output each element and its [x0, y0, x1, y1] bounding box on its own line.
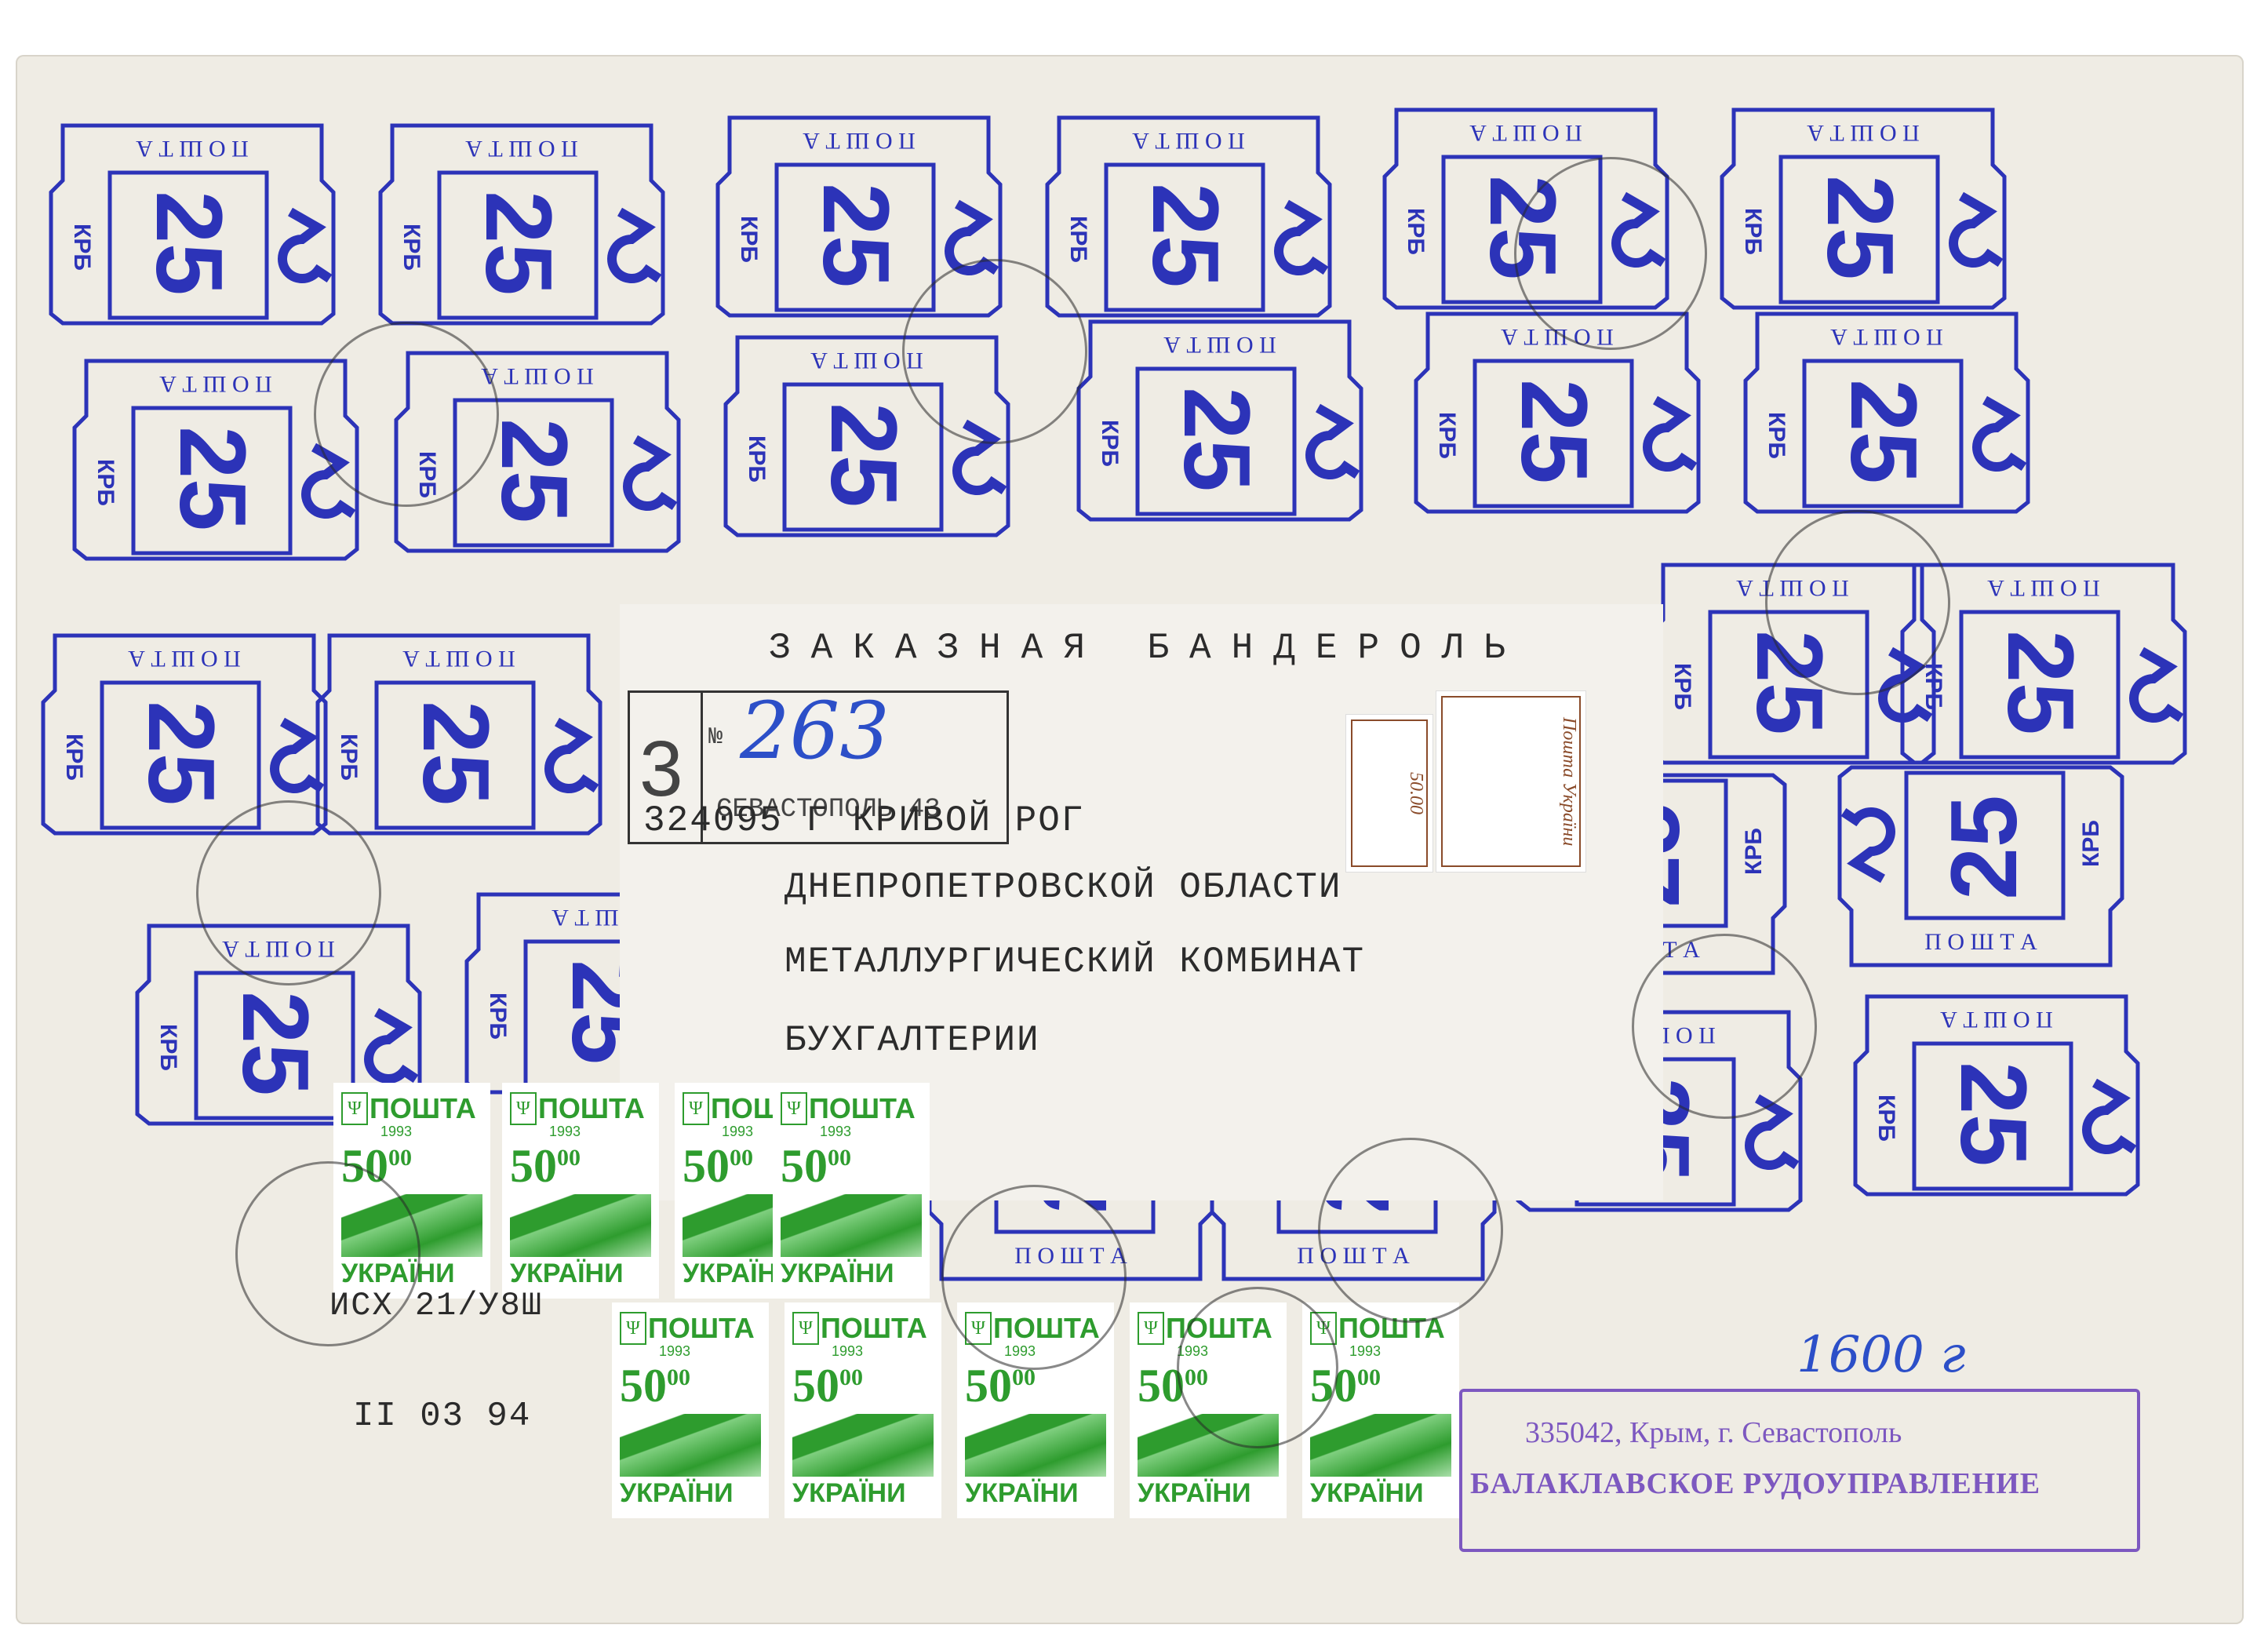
green-50-stamp: Ψ ПОШТА 1993 5000 УКРАЇНИ — [785, 1302, 941, 1518]
green-stamp-value: 5000 — [510, 1139, 581, 1193]
svg-text:П О Ш Т А: П О Ш Т А — [159, 371, 272, 397]
registration-number: 263 — [740, 685, 890, 777]
svg-text:25: 25 — [1831, 379, 1936, 483]
svg-text:КРБ: КРБ — [2078, 820, 2104, 867]
postmark-circle — [902, 259, 1087, 444]
green-stamp-year: 1993 — [659, 1343, 690, 1360]
svg-text:П О Ш Т А: П О Ш Т А — [465, 136, 578, 162]
brown-stamp: Пошта України — [1436, 690, 1586, 873]
svg-text:25: 25 — [482, 418, 587, 523]
svg-text:25: 25 — [1931, 795, 2037, 899]
green-stamp-footer: УКРАЇНИ — [965, 1478, 1079, 1509]
svg-text:КРБ: КРБ — [69, 224, 95, 271]
kpb-25-stamp: П О Ш Т А 25 КРБ — [1412, 306, 1702, 518]
green-stamp-value: 5000 — [781, 1139, 851, 1193]
svg-text:25: 25 — [137, 191, 242, 295]
green-50-stamp: Ψ ПОШТА 1993 5000 УКРАЇНИ — [773, 1083, 930, 1299]
svg-text:П О Ш Т А: П О Ш Т А — [1163, 332, 1276, 358]
reaper-illustration — [510, 1194, 651, 1257]
svg-text:КРБ: КРБ — [155, 1024, 181, 1071]
svg-text:КРБ: КРБ — [399, 224, 424, 271]
return-line-1: 335042, Крым, г. Севастополь — [1525, 1415, 1902, 1450]
green-stamp-footer: УКРАЇНИ — [781, 1259, 894, 1289]
brown-stamp-text: 50.00 — [1351, 719, 1428, 867]
svg-text:25: 25 — [1164, 387, 1269, 491]
outgoing-date: II 03 94 — [353, 1397, 531, 1436]
kpb-25-stamp: П О Ш Т А 25 КРБ — [314, 628, 604, 840]
green-stamp-header: ПОШТА — [648, 1312, 755, 1345]
svg-text:КРБ: КРБ — [1403, 208, 1429, 255]
svg-text:25: 25 — [803, 183, 908, 287]
kpb-25-stamp: П О Ш Т А 25 КРБ — [1836, 761, 2126, 973]
svg-text:П О Ш Т А: П О Ш Т А — [803, 128, 916, 154]
svg-text:П О Ш Т А: П О Ш Т А — [1987, 575, 2100, 601]
svg-text:25: 25 — [1941, 1062, 2046, 1166]
kpb-25-stamp: П О Ш Т А 25 КРБ — [1851, 989, 2142, 1200]
svg-text:П О Ш Т А: П О Ш Т А — [1830, 324, 1943, 350]
svg-text:25: 25 — [403, 701, 508, 805]
green-stamp-value: 5000 — [683, 1139, 753, 1193]
svg-text:25: 25 — [811, 403, 916, 507]
kpb-25-stamp: П О Ш Т А 25 КРБ — [47, 118, 337, 330]
brown-stamp: 50.00 — [1345, 714, 1433, 873]
postmark-circle — [196, 800, 381, 985]
trident-icon: Ψ — [792, 1312, 819, 1345]
green-stamp-year: 1993 — [820, 1124, 851, 1140]
green-stamp-footer: УКРАЇНИ — [792, 1478, 906, 1509]
postmark-circle — [1177, 1287, 1338, 1448]
weight-note: 1600 г — [1797, 1326, 1966, 1384]
green-stamp-year: 1993 — [380, 1124, 412, 1140]
postmark-circle — [941, 1185, 1127, 1370]
green-stamp-footer: УКРАЇНИ — [510, 1259, 624, 1289]
svg-text:П О Ш Т А: П О Ш Т А — [402, 646, 515, 672]
kpb-25-stamp: П О Ш Т А 25 КРБ — [377, 118, 667, 330]
green-stamp-header: ПОШТА — [538, 1092, 645, 1125]
svg-text:25: 25 — [466, 191, 571, 295]
address-line-4: БУХГАЛТЕРИИ — [785, 1020, 1040, 1061]
green-stamp-year: 1993 — [549, 1124, 581, 1140]
green-stamp-header: ПОШТА — [821, 1312, 927, 1345]
registration-no-label: № — [708, 724, 723, 751]
svg-text:25: 25 — [1988, 630, 2093, 734]
svg-text:КРБ: КРБ — [744, 435, 770, 483]
green-stamp-value: 5000 — [792, 1359, 863, 1413]
reaper-illustration — [781, 1194, 922, 1257]
kpb-25-stamp: П О Ш Т А 25 КРБ — [1043, 110, 1334, 322]
return-line-2: БАЛАКЛАВСКОЕ РУДОУПРАВЛЕНИЕ — [1470, 1466, 2040, 1501]
header-title: ЗАКАЗНАЯ БАНДЕРОЛЬ — [769, 628, 1526, 668]
green-stamp-header: ПОШТА — [809, 1092, 916, 1125]
kpb-25-stamp: П О Ш Т А 25 КРБ — [1718, 102, 2008, 314]
address-line-2: ДНЕПРОПЕТРОВСКОЙ ОБЛАСТИ — [785, 867, 1342, 908]
trident-icon: Ψ — [781, 1092, 807, 1125]
postmark-circle — [1318, 1138, 1503, 1323]
svg-text:25: 25 — [129, 701, 234, 805]
svg-text:П О Ш Т А: П О Ш Т А — [1469, 120, 1582, 146]
svg-text:КРБ: КРБ — [1740, 208, 1766, 255]
postmark-circle — [1514, 157, 1707, 350]
kpb-25-stamp: П О Ш Т А 25 КРБ — [1742, 306, 2032, 518]
svg-text:КРБ: КРБ — [1097, 420, 1123, 467]
reaper-illustration — [792, 1414, 934, 1477]
green-50-stamp: Ψ ПОШТА 1993 5000 УКРАЇНИ — [502, 1083, 659, 1299]
svg-text:П О Ш Т А: П О Ш Т А — [1924, 929, 2037, 955]
svg-text:25: 25 — [160, 426, 265, 530]
green-stamp-year: 1993 — [1349, 1343, 1381, 1360]
trident-icon: Ψ — [683, 1092, 709, 1125]
green-50-stamp: Ψ ПОШТА 1993 5000 УКРАЇНИ — [612, 1302, 769, 1518]
kpb-25-stamp: П О Ш Т А 25 КРБ — [1075, 314, 1365, 526]
svg-text:П О Ш Т А: П О Ш Т А — [136, 136, 249, 162]
svg-text:25: 25 — [1502, 379, 1607, 483]
brown-stamp-text: Пошта України — [1441, 696, 1581, 867]
reaper-illustration — [1310, 1414, 1451, 1477]
reaper-illustration — [620, 1414, 761, 1477]
return-address-stamp: 335042, Крым, г. Севастополь БАЛАКЛАВСКО… — [1459, 1389, 2140, 1552]
trident-icon: Ψ — [341, 1092, 368, 1125]
address-line-3: МЕТАЛЛУРГИЧЕСКИЙ КОМБИНАТ — [785, 942, 1365, 982]
trident-icon: Ψ — [620, 1312, 646, 1345]
reaper-illustration — [965, 1414, 1106, 1477]
green-stamp-year: 1993 — [722, 1124, 753, 1140]
svg-text:КРБ: КРБ — [485, 993, 511, 1040]
green-stamp-header: ПОШТА — [370, 1092, 476, 1125]
green-stamp-value: 5000 — [620, 1359, 690, 1413]
svg-text:П О Ш Т А: П О Ш Т А — [481, 363, 594, 389]
svg-text:КРБ: КРБ — [1873, 1095, 1899, 1142]
svg-text:КРБ: КРБ — [1920, 663, 1946, 710]
kpb-25-stamp: П О Ш Т А 25 КРБ — [71, 353, 361, 565]
green-stamp-footer: УКРАЇНИ — [1138, 1478, 1251, 1509]
svg-text:25: 25 — [223, 991, 328, 1095]
svg-text:25: 25 — [1807, 175, 1913, 279]
address-line-1: 324095 Г КРИВОЙ РОГ — [643, 800, 1085, 841]
svg-text:П О Ш Т А: П О Ш Т А — [1940, 1007, 2053, 1033]
svg-text:П О Ш Т А: П О Ш Т А — [1807, 120, 1920, 146]
postmark-circle — [235, 1161, 420, 1346]
svg-text:КРБ: КРБ — [1764, 412, 1789, 459]
green-stamp-footer: УКРАЇНИ — [620, 1478, 734, 1509]
svg-text:КРБ: КРБ — [1065, 216, 1091, 263]
svg-text:КРБ: КРБ — [736, 216, 762, 263]
svg-text:П О Ш Т А: П О Ш Т А — [1132, 128, 1245, 154]
trident-icon: Ψ — [1138, 1312, 1164, 1345]
green-stamp-footer: УКРАЇНИ — [1310, 1478, 1424, 1509]
svg-text:КРБ: КРБ — [336, 734, 362, 781]
svg-text:КРБ: КРБ — [1434, 412, 1460, 459]
svg-text:КРБ: КРБ — [1669, 663, 1695, 710]
svg-text:КРБ: КРБ — [93, 459, 118, 506]
green-stamp-year: 1993 — [832, 1343, 863, 1360]
postmark-circle — [1632, 934, 1817, 1119]
svg-text:КРБ: КРБ — [1741, 828, 1767, 875]
svg-text:П О Ш Т А: П О Ш Т А — [128, 646, 241, 672]
svg-text:25: 25 — [1133, 183, 1238, 287]
trident-icon: Ψ — [510, 1092, 537, 1125]
svg-text:КРБ: КРБ — [61, 734, 87, 781]
postmark-circle — [314, 322, 499, 507]
postmark-circle — [1765, 510, 1950, 695]
